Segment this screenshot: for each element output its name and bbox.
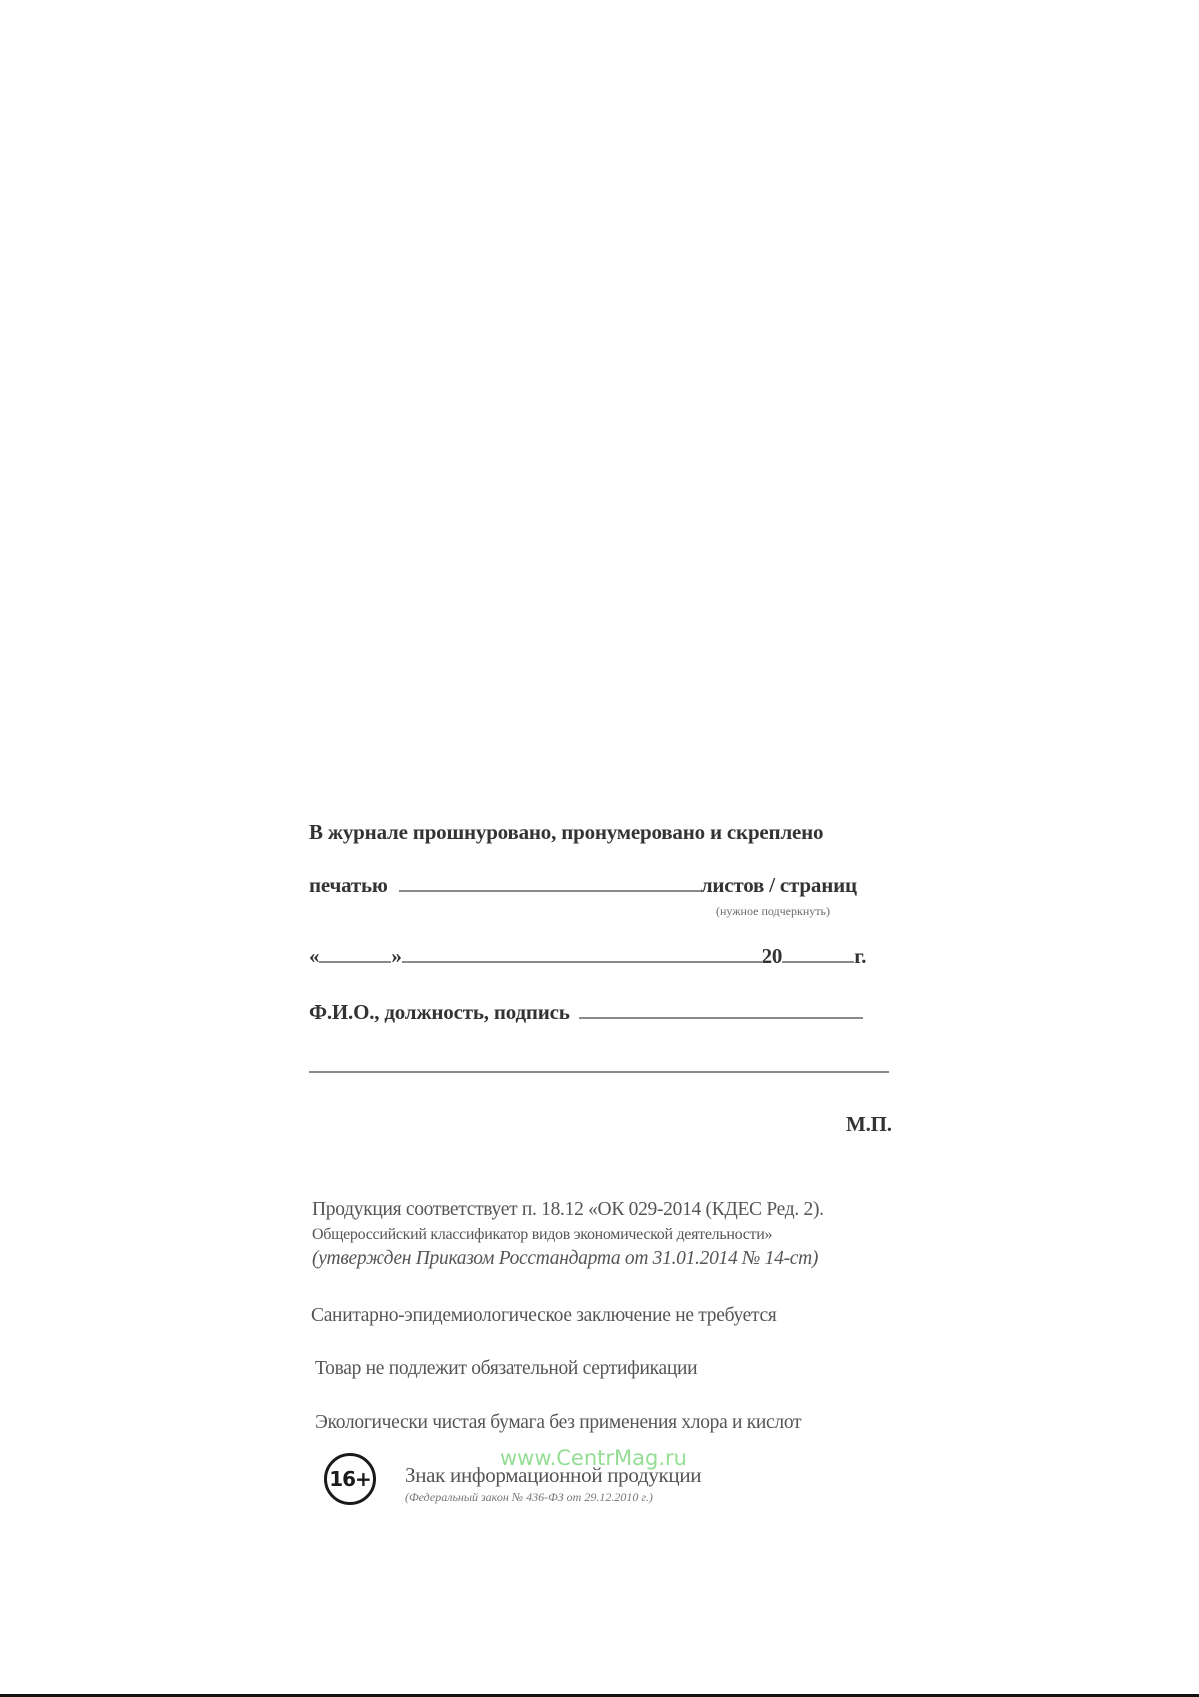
signature-field[interactable] <box>579 1016 863 1019</box>
certification-statement: В журнале прошнуровано, пронумеровано и … <box>309 820 823 845</box>
date-year-suffix: г. <box>854 944 866 968</box>
date-open-quote: « <box>309 944 319 968</box>
sheet-count-field[interactable] <box>399 889 701 892</box>
conformity-line-3: (утвержден Приказом Росстандарта от 31.0… <box>312 1248 818 1270</box>
conformity-line-1: Продукция соответствует п. 18.12 «ОК 029… <box>312 1199 824 1221</box>
date-year-prefix: 20 <box>762 944 783 968</box>
date-year-field[interactable] <box>782 960 854 963</box>
sheet-count-prefix: печатью <box>309 873 388 897</box>
eco-note: Экологически чистая бумага без применени… <box>315 1412 801 1434</box>
watermark: www.CentrMag.ru <box>500 1446 687 1470</box>
stamp-label: М.П. <box>846 1112 892 1137</box>
age-rating-law: (Федеральный закон № 436-ФЗ от 29.12.201… <box>405 1490 653 1505</box>
conformity-line-2: Общероссийский классификатор видов эконо… <box>312 1226 772 1244</box>
sheet-count-line: печатью листов / страниц <box>309 873 889 898</box>
signature-line: Ф.И.О., должность, подпись <box>309 1000 889 1025</box>
signature-continuation-field[interactable] <box>309 1071 889 1073</box>
date-month-field[interactable] <box>402 960 762 963</box>
certification-note: Товар не подлежит обязательной сертифика… <box>315 1358 697 1380</box>
sanitary-note: Санитарно-эпидемиологическое заключение … <box>311 1305 776 1327</box>
date-line: «»20г. <box>309 944 889 969</box>
date-close-quote: » <box>391 944 401 968</box>
sheet-count-suffix: листов / страниц <box>701 873 857 897</box>
underline-hint: (нужное подчеркнуть) <box>716 904 830 919</box>
date-day-field[interactable] <box>319 960 391 963</box>
age-16-plus-icon: 16+ <box>324 1453 376 1505</box>
signature-label: Ф.И.О., должность, подпись <box>309 1000 570 1024</box>
